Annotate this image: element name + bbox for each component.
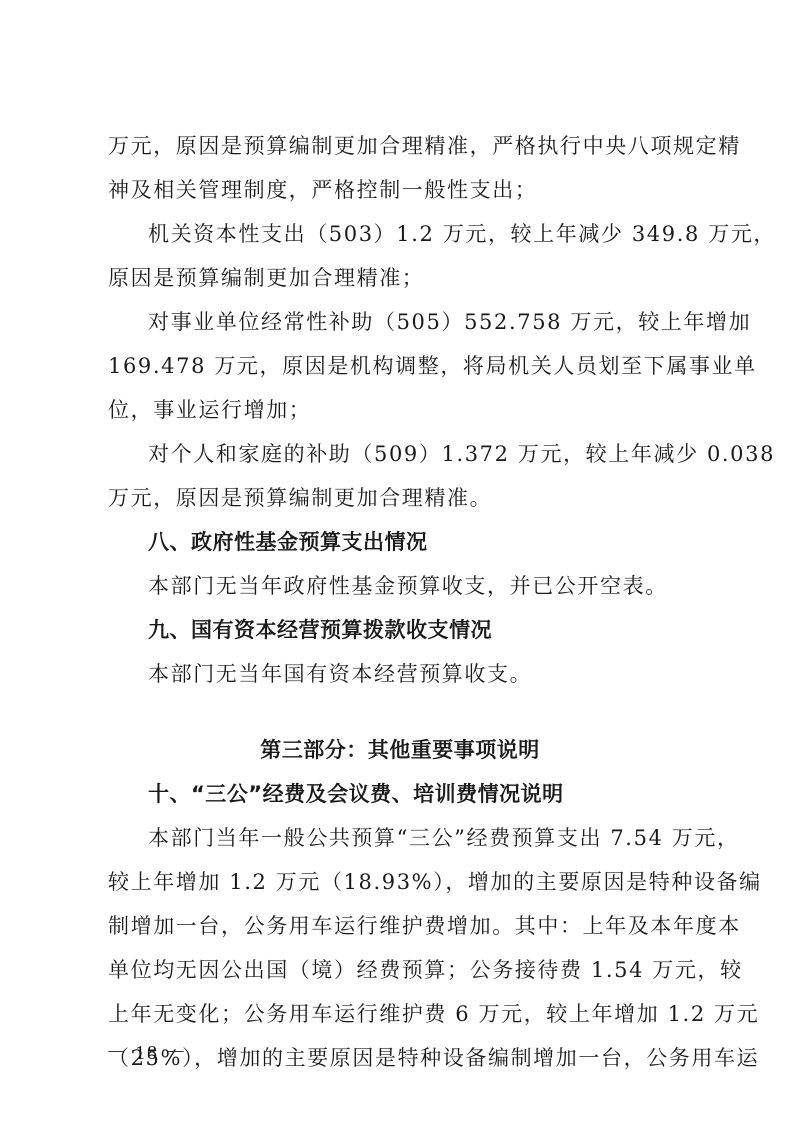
section-9-body: 本部门无当年国有资本经营预算收支。 <box>108 652 692 696</box>
body-line: 位，事业运行增加； <box>108 388 692 432</box>
page-number: － 18 － <box>106 1036 188 1065</box>
body-line: 对个人和家庭的补助（509）1.372 万元，较上年减少 0.038 <box>108 432 692 476</box>
body-line: 对事业单位经常性补助（505）552.758 万元，较上年增加 <box>108 300 692 344</box>
body-line: 169.478 万元，原因是机构调整，将局机关人员划至下属事业单 <box>108 344 692 388</box>
body-line: 本部门当年一般公共预算“三公”经费预算支出 7.54 万元， <box>108 816 692 860</box>
body-line: 原因是预算编制更加合理精准； <box>108 256 692 300</box>
body-line: 较上年增加 1.2 万元（18.93%），增加的主要原因是特种设备编 <box>108 860 692 904</box>
section-8-body: 本部门无当年政府性基金预算收支，并已公开空表。 <box>108 564 692 608</box>
body-line: 万元，原因是预算编制更加合理精准。 <box>108 476 692 520</box>
document-page: 万元，原因是预算编制更加合理精准，严格执行中央八项规定精 神及相关管理制度，严格… <box>108 124 692 1080</box>
spacer <box>108 696 692 728</box>
body-line: 神及相关管理制度，严格控制一般性支出； <box>108 168 692 212</box>
part-3-title: 第三部分：其他重要事项说明 <box>108 728 692 772</box>
section-8-heading: 八、政府性基金预算支出情况 <box>108 520 692 564</box>
body-line: 单位均无因公出国（境）经费预算；公务接待费 1.54 万元，较 <box>108 948 692 992</box>
section-10-heading: 十、“三公”经费及会议费、培训费情况说明 <box>108 772 692 816</box>
body-line: 上年无变化；公务用车运行维护费 6 万元，较上年增加 1.2 万元 <box>108 992 692 1036</box>
body-line: 机关资本性支出（503）1.2 万元，较上年减少 349.8 万元， <box>108 212 692 256</box>
body-line: （25%），增加的主要原因是特种设备编制增加一台，公务用车运 <box>108 1036 692 1080</box>
section-9-heading: 九、国有资本经营预算拨款收支情况 <box>108 608 692 652</box>
body-line: 万元，原因是预算编制更加合理精准，严格执行中央八项规定精 <box>108 124 692 168</box>
body-line: 制增加一台，公务用车运行维护费增加。其中：上年及本年度本 <box>108 904 692 948</box>
